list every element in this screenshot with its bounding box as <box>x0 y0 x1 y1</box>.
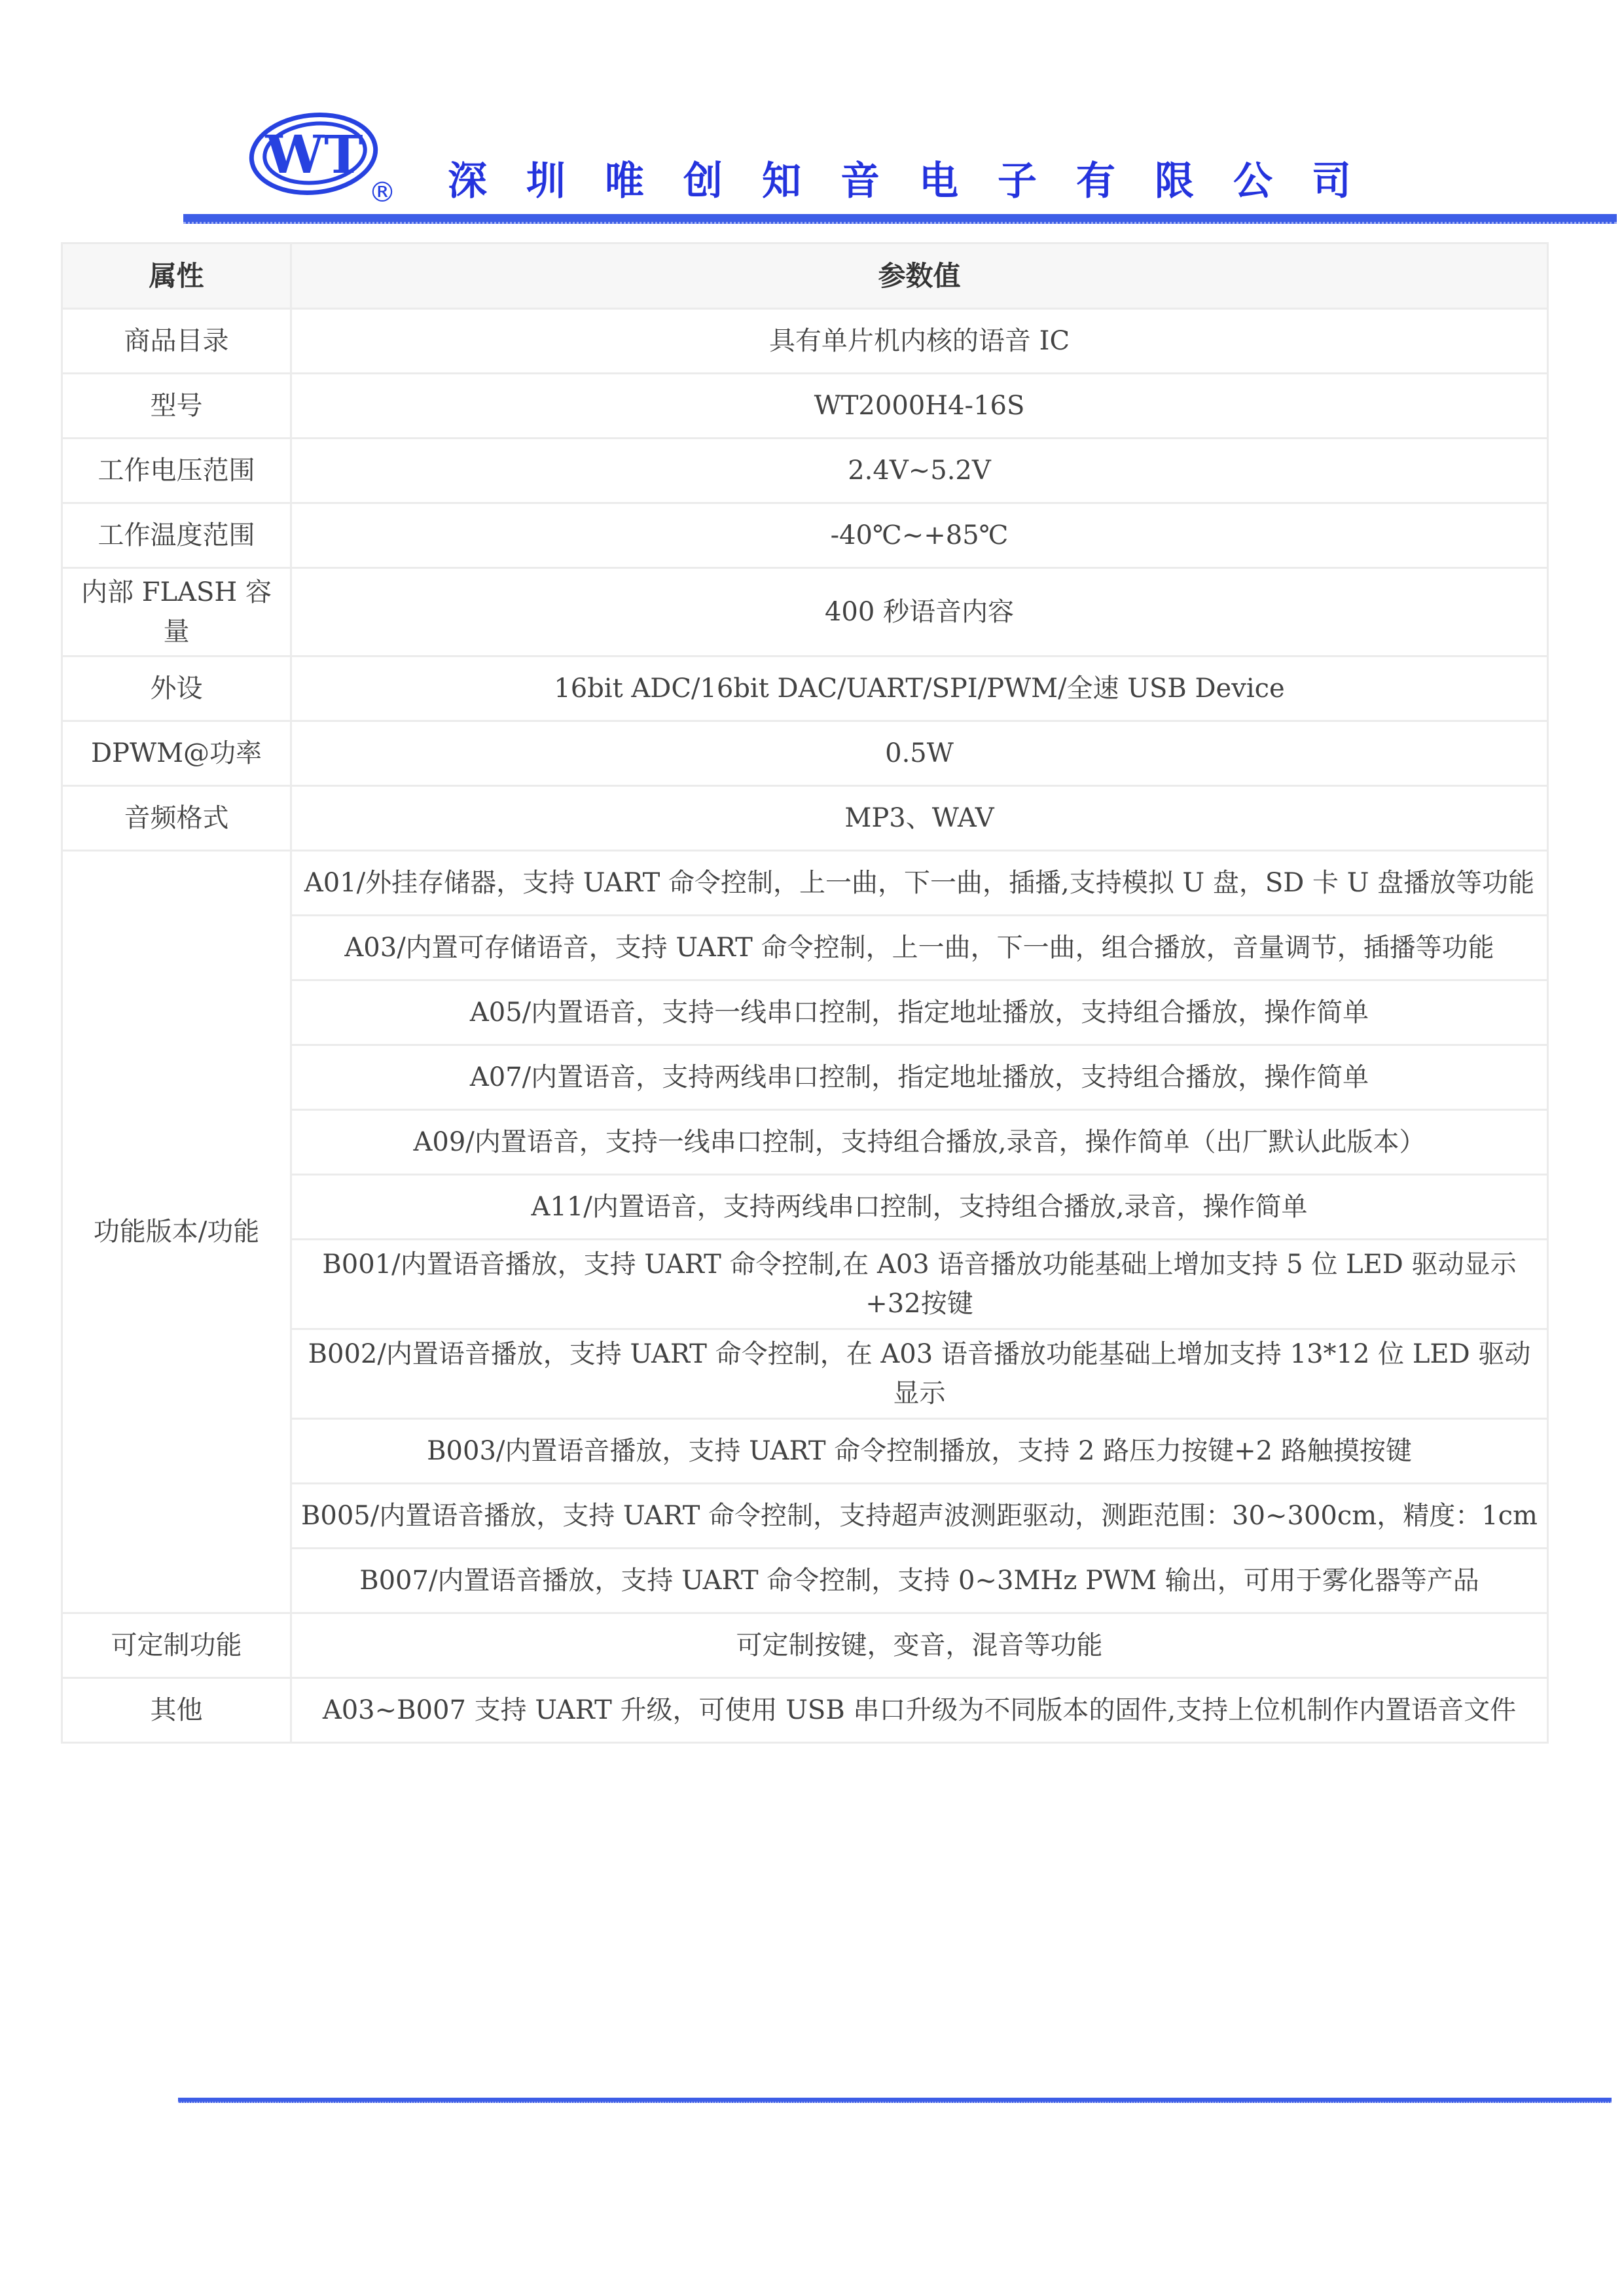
feature-value-cell: B001/内置语音播放，支持 UART 命令控制,在 A03 语音播放功能基础上… <box>291 1240 1548 1329</box>
footer-rule <box>178 2098 1612 2103</box>
wt-logo-icon: WT ® <box>247 111 395 207</box>
row-value-cell: 可定制按键，变音，混音等功能 <box>291 1613 1548 1678</box>
feature-row: 功能版本/功能 A01/外挂存储器，支持 UART 命令控制，上一曲，下一曲，插… <box>62 851 1548 916</box>
row-value-cell: WT2000H4-16S <box>291 374 1548 439</box>
row-label-cell: 外设 <box>62 656 291 721</box>
table-row: 其他 A03~B007 支持 UART 升级，可使用 USB 串口升级为不同版本… <box>62 1678 1548 1743</box>
feature-value-cell: B003/内置语音播放，支持 UART 命令控制播放，支持 2 路压力按键+2 … <box>291 1419 1548 1484</box>
feature-value-cell: B005/内置语音播放，支持 UART 命令控制，支持超声波测距驱动，测距范围：… <box>291 1484 1548 1549</box>
row-label-cell: 音频格式 <box>62 786 291 851</box>
attribute-header-cell: 属性 <box>62 243 291 309</box>
row-value-cell: -40℃~+85℃ <box>291 503 1548 568</box>
table-row: 外设 16bit ADC/16bit DAC/UART/SPI/PWM/全速 U… <box>62 656 1548 721</box>
row-label-cell: 内部 FLASH 容量 <box>62 568 291 656</box>
feature-value-cell: A11/内置语音，支持两线串口控制，支持组合播放,录音，操作简单 <box>291 1175 1548 1240</box>
row-value-cell: A03~B007 支持 UART 升级，可使用 USB 串口升级为不同版本的固件… <box>291 1678 1548 1743</box>
row-label-cell: 工作电压范围 <box>62 439 291 503</box>
table-row: DPWM@功率 0.5W <box>62 721 1548 786</box>
feature-value-cell: A07/内置语音，支持两线串口控制，指定地址播放，支持组合播放，操作简单 <box>291 1045 1548 1110</box>
row-value-cell: 0.5W <box>291 721 1548 786</box>
row-label-cell: 型号 <box>62 374 291 439</box>
header-rule <box>183 214 1617 224</box>
row-value-cell: MP3、WAV <box>291 786 1548 851</box>
row-label-cell: DPWM@功率 <box>62 721 291 786</box>
table-row: 型号 WT2000H4-16S <box>62 374 1548 439</box>
table-row: 音频格式 MP3、WAV <box>62 786 1548 851</box>
document-page: WT ® 深圳唯创知音电子有限公司 属性 参数值 商品目录 具有单片机内核的语音… <box>0 0 1624 2296</box>
table-row: 商品目录 具有单片机内核的语音 IC <box>62 309 1548 374</box>
feature-value-cell: A09/内置语音，支持一线串口控制，支持组合播放,录音，操作简单（出厂默认此版本… <box>291 1110 1548 1175</box>
registered-trademark-icon: ® <box>369 176 395 207</box>
table-header-row: 属性 参数值 <box>62 243 1548 309</box>
company-name: 深圳唯创知音电子有限公司 <box>448 162 1390 201</box>
value-header-cell: 参数值 <box>291 243 1548 309</box>
logo-wt-text: WT <box>264 124 363 185</box>
row-label-cell: 商品目录 <box>62 309 291 374</box>
row-label-cell: 可定制功能 <box>62 1613 291 1678</box>
table-row: 工作电压范围 2.4V~5.2V <box>62 439 1548 503</box>
table-row: 工作温度范围 -40℃~+85℃ <box>62 503 1548 568</box>
spec-table: 属性 参数值 商品目录 具有单片机内核的语音 IC 型号 WT2000H4-16… <box>61 242 1549 1744</box>
feature-value-cell: A03/内置可存储语音，支持 UART 命令控制，上一曲，下一曲，组合播放，音量… <box>291 916 1548 980</box>
feature-value-cell: A01/外挂存储器，支持 UART 命令控制，上一曲，下一曲，插播,支持模拟 U… <box>291 851 1548 916</box>
feature-value-cell: B002/内置语音播放，支持 UART 命令控制，在 A03 语音播放功能基础上… <box>291 1329 1548 1419</box>
row-label-cell: 工作温度范围 <box>62 503 291 568</box>
table-row: 可定制功能 可定制按键，变音，混音等功能 <box>62 1613 1548 1678</box>
feature-label-cell: 功能版本/功能 <box>62 851 291 1613</box>
row-value-cell: 400 秒语音内容 <box>291 568 1548 656</box>
row-value-cell: 16bit ADC/16bit DAC/UART/SPI/PWM/全速 USB … <box>291 656 1548 721</box>
feature-value-cell: B007/内置语音播放，支持 UART 命令控制，支持 0~3MHz PWM 输… <box>291 1549 1548 1613</box>
row-label-cell: 其他 <box>62 1678 291 1743</box>
table-row: 内部 FLASH 容量 400 秒语音内容 <box>62 568 1548 656</box>
feature-value-cell: A05/内置语音，支持一线串口控制，指定地址播放，支持组合播放，操作简单 <box>291 980 1548 1045</box>
row-value-cell: 2.4V~5.2V <box>291 439 1548 503</box>
row-value-cell: 具有单片机内核的语音 IC <box>291 309 1548 374</box>
